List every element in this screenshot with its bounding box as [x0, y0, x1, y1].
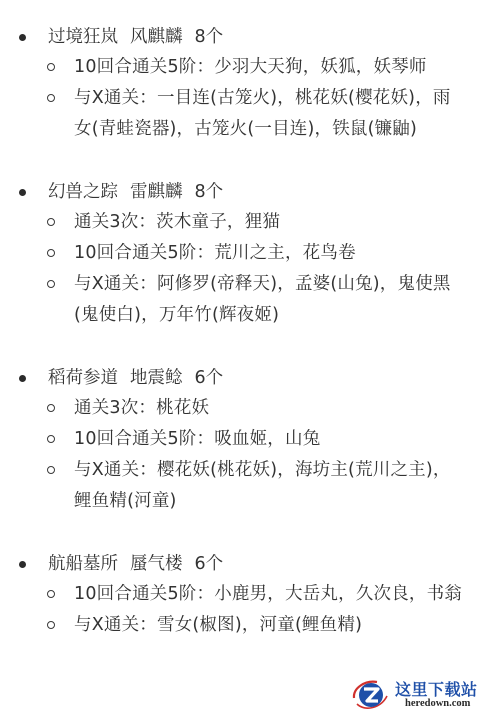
sub-list-item: 10回合通关5阶：小鹿男，大岳丸，久次良，书翁 [0, 579, 485, 610]
sub-list: 通关3次：茨木童子，狸猫 10回合通关5阶：荒川之主，花鸟卷 与X通关：阿修罗(… [0, 207, 485, 331]
reward-count: 8个 [195, 182, 224, 202]
hollow-bullet-icon [47, 404, 55, 412]
section-hangchuan-musuo: 航船墓所蜃气楼6个 10回合通关5阶：小鹿男，大岳丸，久次良，书翁 与X通关：雪… [0, 549, 485, 641]
hollow-bullet-icon [47, 63, 55, 71]
main-list-item: 过境狂岚风麒麟8个 [0, 22, 485, 52]
sub-item-text: 与X通关：樱花妖(桃花妖)，海坊主(荒川之主)，鲤鱼精(河童) [74, 460, 451, 511]
sub-list: 10回合通关5阶：小鹿男，大岳丸，久次良，书翁 与X通关：雪女(椒图)，河童(鲤… [0, 579, 485, 641]
main-list-item: 幻兽之踪雷麒麟8个 [0, 177, 485, 207]
sub-item-text: 10回合通关5阶：荒川之主，花鸟卷 [74, 243, 356, 263]
heredown-logo-icon [351, 678, 391, 712]
stage-name: 稻荷参道 [48, 368, 118, 388]
filled-bullet-icon [19, 375, 26, 382]
reward-name: 风麒麟 [130, 27, 183, 47]
hollow-bullet-icon [47, 280, 55, 288]
hollow-bullet-icon [47, 249, 55, 257]
sub-item-text: 10回合通关5阶：少羽大天狗，妖狐，妖琴师 [74, 57, 427, 77]
sub-item-text: 与X通关：雪女(椒图)，河童(鲤鱼精) [74, 615, 362, 635]
sub-item-text: 10回合通关5阶：小鹿男，大岳丸，久次良，书翁 [74, 584, 462, 604]
sub-item-text: 与X通关：阿修罗(帝释天)，孟婆(山兔)，鬼使黑(鬼使白)，万年竹(辉夜姬) [74, 274, 451, 325]
sub-list-item: 与X通关：樱花妖(桃花妖)，海坊主(荒川之主)，鲤鱼精(河童) [0, 455, 485, 517]
main-list-item: 稻荷参道地震鲶6个 [0, 363, 485, 393]
reward-count: 6个 [195, 368, 224, 388]
main-list-item: 航船墓所蜃气楼6个 [0, 549, 485, 579]
reward-name: 雷麒麟 [130, 182, 183, 202]
reward-count: 6个 [195, 554, 224, 574]
sub-item-text: 与X通关：一目连(古笼火)，桃花妖(樱花妖)，雨女(青蛙瓷器)，古笼火(一目连)… [74, 88, 451, 139]
hollow-bullet-icon [47, 590, 55, 598]
section-guojing-kuanglan: 过境狂岚风麒麟8个 10回合通关5阶：少羽大天狗，妖狐，妖琴师 与X通关：一目连… [0, 22, 485, 145]
reward-name: 蜃气楼 [130, 554, 183, 574]
filled-bullet-icon [19, 561, 26, 568]
document-body: 过境狂岚风麒麟8个 10回合通关5阶：少羽大天狗，妖狐，妖琴师 与X通关：一目连… [0, 22, 485, 673]
hollow-bullet-icon [47, 94, 55, 102]
sub-item-text: 10回合通关5阶：吸血姬，山兔 [74, 429, 320, 449]
site-watermark: 这里下载站 heredown.com [347, 674, 479, 714]
sub-list: 10回合通关5阶：少羽大天狗，妖狐，妖琴师 与X通关：一目连(古笼火)，桃花妖(… [0, 52, 485, 145]
stage-name: 过境狂岚 [48, 27, 118, 47]
section-huanshou-zhizong: 幻兽之踪雷麒麟8个 通关3次：茨木童子，狸猫 10回合通关5阶：荒川之主，花鸟卷… [0, 177, 485, 331]
sub-list-item: 10回合通关5阶：荒川之主，花鸟卷 [0, 238, 485, 269]
sub-item-text: 通关3次：桃花妖 [74, 398, 209, 418]
section-daohe-candao: 稻荷参道地震鲶6个 通关3次：桃花妖 10回合通关5阶：吸血姬，山兔 与X通关：… [0, 363, 485, 517]
sub-list-item: 与X通关：雪女(椒图)，河童(鲤鱼精) [0, 610, 485, 641]
sub-list-item: 与X通关：阿修罗(帝释天)，孟婆(山兔)，鬼使黑(鬼使白)，万年竹(辉夜姬) [0, 269, 485, 331]
filled-bullet-icon [19, 189, 26, 196]
filled-bullet-icon [19, 34, 26, 41]
reward-count: 8个 [195, 27, 224, 47]
watermark-url: heredown.com [405, 698, 470, 709]
sub-list-item: 通关3次：茨木童子，狸猫 [0, 207, 485, 238]
sub-item-text: 通关3次：茨木童子，狸猫 [74, 212, 280, 232]
sub-list-item: 10回合通关5阶：吸血姬，山兔 [0, 424, 485, 455]
hollow-bullet-icon [47, 435, 55, 443]
reward-name: 地震鲶 [130, 368, 183, 388]
stage-name: 幻兽之踪 [48, 182, 118, 202]
hollow-bullet-icon [47, 621, 55, 629]
sub-list: 通关3次：桃花妖 10回合通关5阶：吸血姬，山兔 与X通关：樱花妖(桃花妖)，海… [0, 393, 485, 517]
hollow-bullet-icon [47, 218, 55, 226]
sub-list-item: 10回合通关5阶：少羽大天狗，妖狐，妖琴师 [0, 52, 485, 83]
hollow-bullet-icon [47, 466, 55, 474]
sub-list-item: 与X通关：一目连(古笼火)，桃花妖(樱花妖)，雨女(青蛙瓷器)，古笼火(一目连)… [0, 83, 485, 145]
stage-name: 航船墓所 [48, 554, 118, 574]
watermark-title: 这里下载站 [395, 677, 478, 700]
sub-list-item: 通关3次：桃花妖 [0, 393, 485, 424]
